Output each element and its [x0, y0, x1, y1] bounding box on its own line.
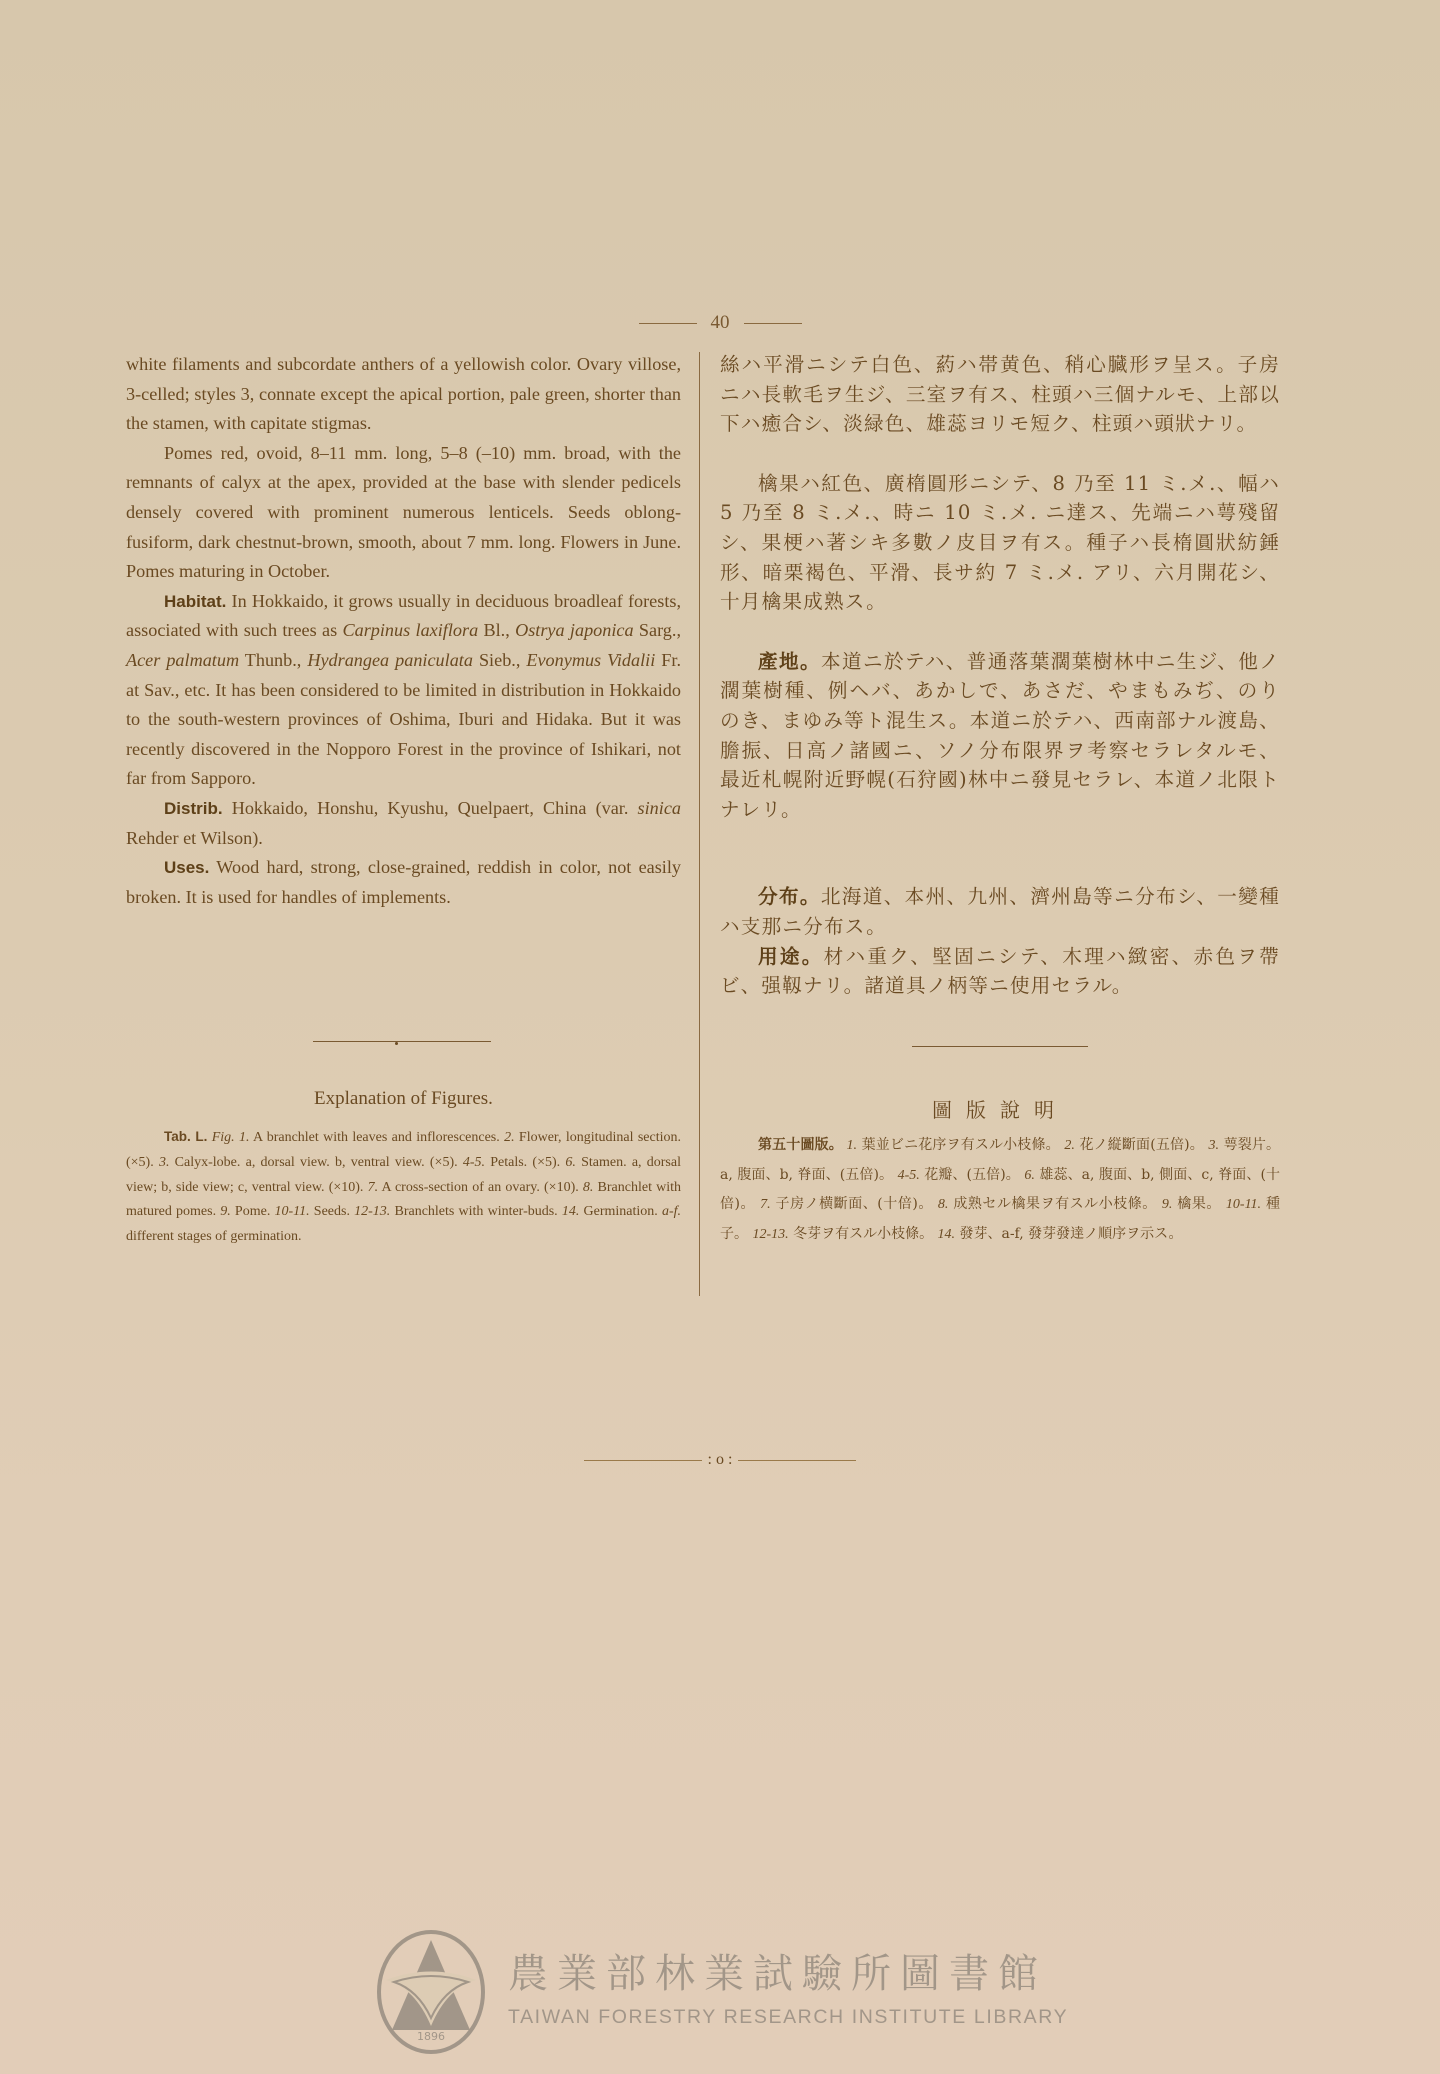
figure-caption: 冬芽ヲ有スル小枝條。	[789, 1226, 938, 1242]
jp-paragraph-habitat: 產地。本道ニ於テハ、普通落葉濶葉樹林中ニ生ジ、他ノ濶葉樹種、例ヘバ、あかしで、あ…	[720, 647, 1280, 825]
page-number: 40	[0, 312, 1440, 334]
figure-caption: 花ノ縦斷面(五倍)。	[1075, 1137, 1209, 1153]
species-name: Hydrangea paniculata	[307, 650, 473, 670]
figure-number: 10-11.	[275, 1204, 310, 1219]
jp-paragraph-pomes: 檎果ハ紅色、廣楕圓形ニシテ、8 乃至 11 ミ.メ.、幅ハ 5 乃至 8 ミ.メ…	[720, 469, 1280, 617]
figure-caption: 葉並ビニ花序ヲ有スル小枝條。	[857, 1137, 1064, 1153]
svg-text:1896: 1896	[417, 2030, 445, 2043]
tab-label: Tab. L.	[164, 1129, 207, 1144]
figure-number: 4-5.	[463, 1155, 485, 1170]
jp-distrib-label: 分布。	[758, 885, 821, 908]
figures-title-en: Explanation of Figures.	[126, 1088, 681, 1110]
figure-number: 6.	[1024, 1168, 1035, 1183]
en-paragraph-distrib: Distrib. Hokkaido, Honshu, Kyushu, Quelp…	[126, 794, 681, 853]
column-divider	[699, 352, 700, 1296]
figure-number: 6.	[565, 1155, 576, 1170]
library-watermark: 1896 農業部林業試驗所圖書館 TAIWAN FORESTRY RESEARC…	[372, 1918, 1072, 2058]
figure-caption: Branchlets with winter-buds.	[390, 1204, 562, 1219]
fig-label: Fig. 1.	[212, 1130, 250, 1145]
jp-habitat-label: 產地。	[758, 650, 821, 673]
variety-name: sinica	[638, 798, 681, 818]
en-paragraph-pomes: Pomes red, ovoid, 8–11 mm. long, 5–8 (–1…	[126, 439, 681, 587]
jp-paragraph-uses: 用途。材ハ重ク、堅固ニシテ、木理ハ緻密、赤色ヲ帶ビ、强靱ナリ。諸道具ノ柄等ニ使用…	[720, 942, 1280, 1001]
japanese-column: 絲ハ平滑ニシテ白色、葯ハ帯黄色、稍心臓形ヲ呈ス。子房ニハ長軟毛ヲ生ジ、三室ヲ有ス…	[720, 350, 1280, 1001]
figure-number: 12-13.	[752, 1227, 788, 1242]
distrib-label: Distrib.	[164, 799, 223, 818]
figure-caption: different stages of germination.	[126, 1229, 301, 1244]
figure-caption: Seeds.	[310, 1204, 355, 1219]
figure-caption: Petals. (×5).	[485, 1155, 565, 1170]
figure-number: a-f.	[662, 1204, 681, 1219]
en-paragraph-description: white filaments and subcordate anthers o…	[126, 350, 681, 439]
figure-number: 8.	[938, 1197, 949, 1212]
figure-number: 7.	[368, 1180, 379, 1195]
figure-caption: A cross-section of an ovary. (×10).	[378, 1180, 583, 1195]
figure-number: 3.	[1208, 1138, 1219, 1153]
end-mark-text: : o :	[708, 1451, 733, 1469]
figure-caption: 成熟セル檎果ヲ有スル小枝條。	[948, 1196, 1161, 1212]
en-paragraph-habitat: Habitat. In Hokkaido, it grows usually i…	[126, 587, 681, 794]
library-name-en: TAIWAN FORESTRY RESEARCH INSTITUTE LIBRA…	[508, 2006, 1068, 2029]
section-separator-en	[313, 1041, 491, 1042]
figure-number: 7.	[760, 1197, 771, 1212]
figures-explanation-en: Tab. L. Fig. 1. A branchlet with leaves …	[126, 1125, 681, 1250]
figure-number: 10-11.	[1226, 1197, 1261, 1212]
figure-caption: Pome.	[231, 1204, 275, 1219]
habitat-label: Habitat.	[164, 592, 226, 611]
section-separator-jp	[912, 1046, 1088, 1047]
en-paragraph-uses: Uses. Wood hard, strong, close-grained, …	[126, 853, 681, 912]
figure-number: 1.	[843, 1138, 857, 1153]
page-number-text: 40	[711, 312, 730, 334]
uses-label: Uses.	[164, 858, 209, 877]
species-name: Ostrya japonica	[515, 620, 633, 640]
jp-uses-label: 用途。	[758, 945, 824, 968]
english-column: white filaments and subcordate anthers o…	[126, 350, 681, 912]
figure-number: 9.	[220, 1204, 231, 1219]
figure-number: 8.	[583, 1180, 594, 1195]
figure-number: 2.	[504, 1130, 515, 1145]
library-name-cn: 農業部林業試驗所圖書館	[508, 1948, 1068, 2000]
rule-left	[639, 323, 697, 324]
figure-number: 3.	[159, 1155, 170, 1170]
figures-explanation-jp: 第五十圖版。 1. 葉並ビニ花序ヲ有スル小枝條。 2. 花ノ縦斷面(五倍)。 3…	[720, 1131, 1280, 1249]
figure-number: 2.	[1064, 1138, 1075, 1153]
figure-number: 9.	[1162, 1197, 1173, 1212]
jp-paragraph-description: 絲ハ平滑ニシテ白色、葯ハ帯黄色、稍心臓形ヲ呈ス。子房ニハ長軟毛ヲ生ジ、三室ヲ有ス…	[720, 350, 1280, 439]
figure-number: 14.	[938, 1227, 956, 1242]
rule-left	[584, 1460, 702, 1461]
rule-right	[738, 1460, 856, 1461]
figure-caption: 子房ノ横斷面、(十倍)。	[771, 1196, 938, 1212]
species-name: Carpinus laxiflora	[342, 620, 478, 640]
figure-caption: 花瓣、(五倍)。	[920, 1167, 1025, 1183]
rule-right	[744, 323, 802, 324]
figure-number: 4-5.	[898, 1168, 920, 1183]
jp-paragraph-distrib: 分布。北海道、本州、九州、濟州島等ニ分布シ、一變種ハ支那ニ分布ス。	[720, 882, 1280, 941]
figure-caption: Calyx-lobe. a, dorsal view. b, ventral v…	[169, 1155, 462, 1170]
figure-caption: 發芽、a-f, 發芽發達ノ順序ヲ示ス。	[955, 1226, 1183, 1242]
species-name: Evonymus Vidalii	[526, 650, 655, 670]
species-name: Acer palmatum	[126, 650, 239, 670]
figure-caption: 檎果。	[1172, 1196, 1226, 1212]
figure-number: 14.	[562, 1204, 580, 1219]
jp-tab-label: 第五十圖版。	[758, 1137, 843, 1153]
end-mark: : o :	[0, 1451, 1440, 1469]
figures-title-jp: 圖版說明	[720, 1094, 1280, 1123]
figure-caption: Germination.	[579, 1204, 662, 1219]
figure-number: 12-13.	[354, 1204, 390, 1219]
figure-caption: A branchlet with leaves and inflorescenc…	[249, 1130, 504, 1145]
institute-seal-icon: 1896	[372, 1918, 490, 2058]
